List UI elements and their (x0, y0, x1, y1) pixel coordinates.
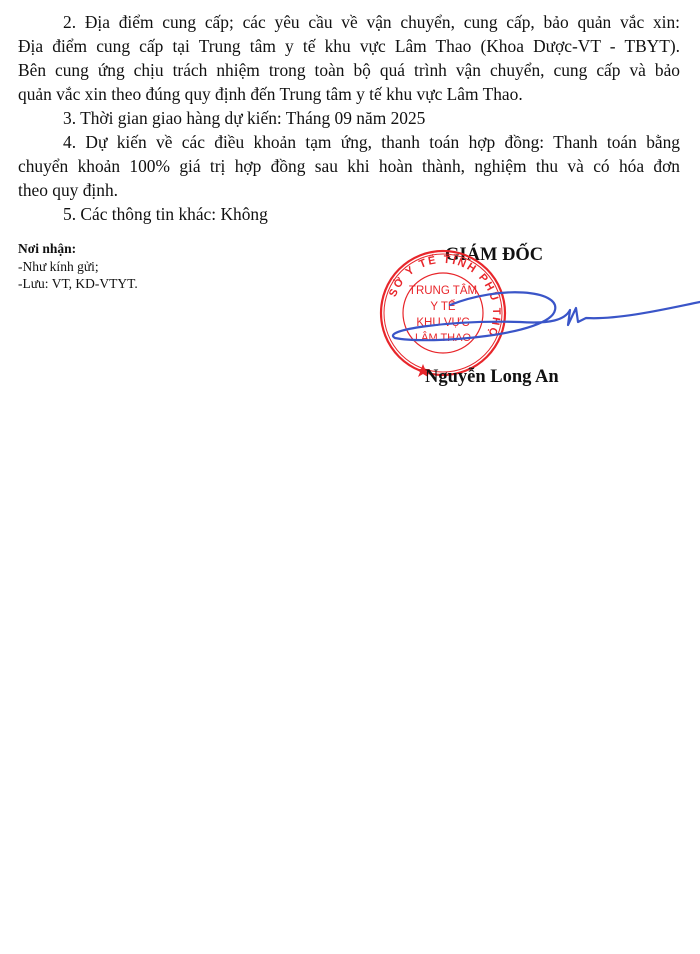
recipient-item: -Lưu: VT, KD-VTYT. (18, 275, 138, 293)
section-2-delivery-location: 2. Địa điểm cung cấp; các yêu cầu về vận… (18, 10, 680, 106)
paragraph-line: 2. Địa điểm cung cấp; các yêu cầu về vận… (18, 10, 680, 34)
recipients-title: Nơi nhận: (18, 240, 138, 258)
handwritten-signature-icon (390, 280, 700, 360)
paragraph-line: quản vắc xin theo đúng quy định đến Trun… (18, 82, 680, 106)
recipient-item: -Như kính gửi; (18, 258, 138, 276)
signer-name: Nguyễn Long An (425, 367, 559, 388)
paragraph-line: chuyển khoản 100% giá trị hợp đồng sau k… (18, 154, 680, 178)
paragraph-line: 4. Dự kiến về các điều khoản tạm ứng, th… (18, 130, 680, 154)
paragraph-line: Bên cung ứng chịu trách nhiệm trong toàn… (18, 58, 680, 82)
section-5-other-info: 5. Các thông tin khác: Không (18, 202, 680, 226)
section-4-payment-terms: 4. Dự kiến về các điều khoản tạm ứng, th… (18, 130, 680, 202)
paragraph-line: 5. Các thông tin khác: Không (18, 202, 680, 226)
section-3-delivery-time: 3. Thời gian giao hàng dự kiến: Tháng 09… (18, 106, 680, 130)
recipients-block: Nơi nhận: -Như kính gửi; -Lưu: VT, KD-VT… (18, 240, 138, 293)
paragraph-line: theo quy định. (18, 178, 680, 202)
paragraph-line: Địa điểm cung cấp tại Trung tâm y tế khu… (18, 34, 680, 58)
paragraph-line: 3. Thời gian giao hàng dự kiến: Tháng 09… (18, 106, 680, 130)
